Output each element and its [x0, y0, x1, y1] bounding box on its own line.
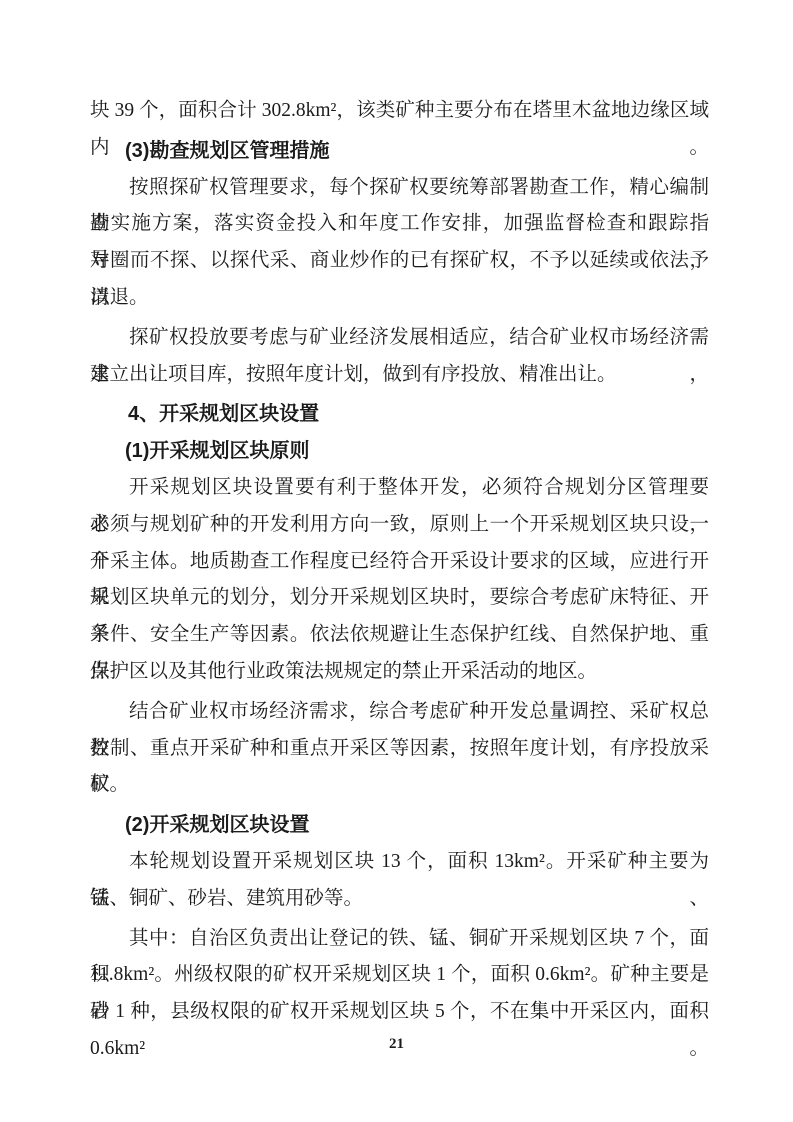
text-line: 开采规划区块设置要有利于整体开发，必须符合规划分区管理要求，: [90, 470, 709, 507]
document-body: 块 39 个，面积合计 302.8km²，该类矿种主要分布在塔里木盆地边缘区域内…: [90, 93, 709, 1031]
text-line: 11.8km²。州级权限的矿权开采规划区块 1 个，面积 0.6km²。矿种主要…: [90, 957, 709, 994]
page-number: 21: [0, 1036, 793, 1053]
text-line: 权。: [90, 767, 709, 804]
text-line: 探矿权投放要考虑与矿业经济发展相适应，结合矿业权市场经济需求，: [90, 320, 709, 357]
text-line: 块 39 个，面积合计 302.8km²，该类矿种主要分布在塔里木盆地边缘区域内…: [90, 93, 709, 130]
text-line: 规划区块单元的划分，划分开采规划区块时，要综合考虑矿床特征、开采: [90, 580, 709, 617]
text-line: 本轮规划设置开采规划区块 13 个，面积 13km²。开采矿种主要为铁、: [90, 844, 709, 881]
document-page: 块 39 个，面积合计 302.8km²，该类矿种主要分布在塔里木盆地边缘区域内…: [0, 0, 793, 1122]
heading-line: 4、开采规划区块设置: [90, 396, 709, 433]
text-line: 其中：自治区负责出让登记的铁、锰、铜矿开采规划区块 7 个，面积: [90, 921, 709, 958]
text-line: 保护区以及其他行业政策法规规定的禁止开采活动的地区。: [90, 654, 709, 691]
text-line: 岩 1 种，县级权限的矿权开采规划区块 5 个，不在集中开采区内，面积 0.6k…: [90, 994, 709, 1031]
text-line: 清退。: [90, 280, 709, 317]
text-line: 建立出让项目库，按照年度计划，做到有序投放、精准出让。: [90, 357, 709, 394]
text-line: 控制、重点开采矿种和重点开采区等因素，按照年度计划，有序投放采矿: [90, 731, 709, 768]
text-line: 必须与规划矿种的开发利用方向一致，原则上一个开采规划区块只设一个: [90, 507, 709, 544]
text-line: 结合矿业权市场经济需求，综合考虑矿种开发总量调控、采矿权总数: [90, 694, 709, 731]
heading-line: (2)开采规划区块设置: [90, 807, 709, 844]
text-line: 按照探矿权管理要求，每个探矿权要统筹部署勘查工作，精心编制勘: [90, 170, 709, 207]
heading-line: (1)开采规划区块原则: [90, 433, 709, 470]
text-line: 对圈而不探、以探代采、商业炒作的已有探矿权，不予以延续或依法予以: [90, 243, 709, 280]
text-line: 开采主体。地质勘查工作程度已经符合开采设计要求的区域，应进行开采: [90, 544, 709, 581]
text-line: 查实施方案，落实资金投入和年度工作安排，加强监督检查和跟踪指导，: [90, 206, 709, 243]
text-line: 条件、安全生产等因素。依法依规避让生态保护红线、自然保护地、重点: [90, 617, 709, 654]
